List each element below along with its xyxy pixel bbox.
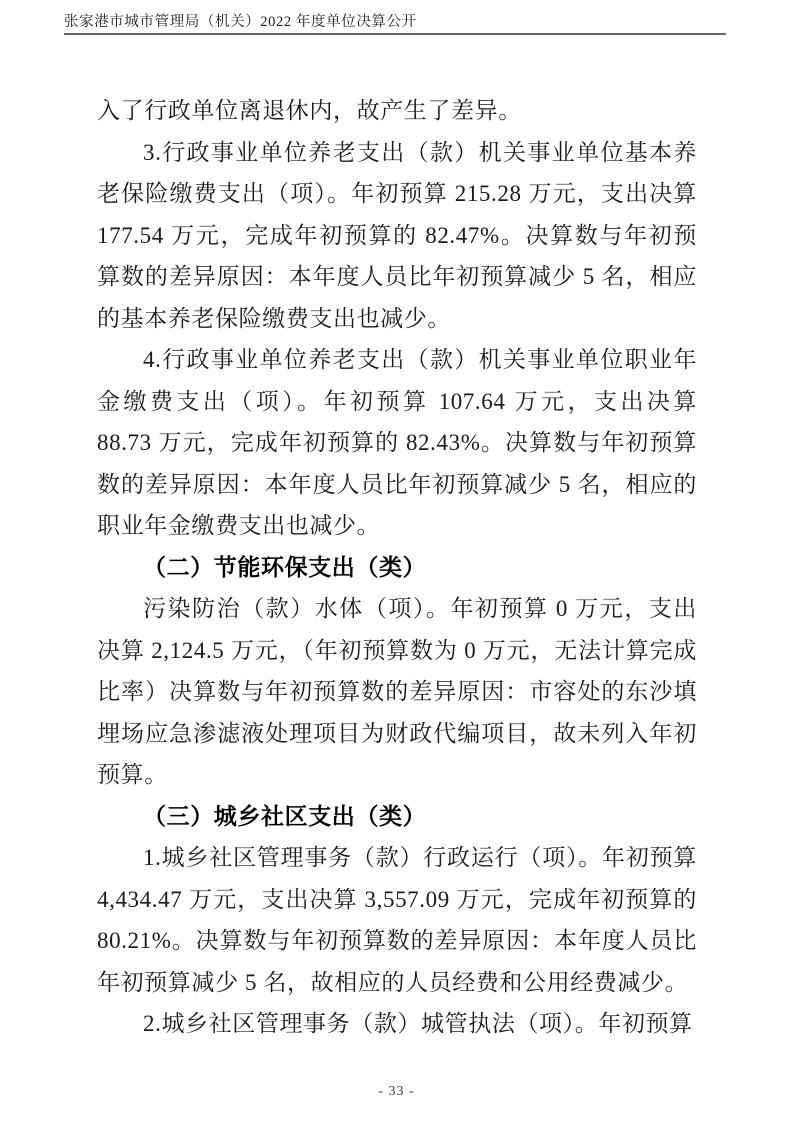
paragraph-urban-enforcement: 2.城乡社区管理事务（款）城管执法（项）。年初预算 [97,1003,697,1045]
paragraph-administrative-operation: 1.城乡社区管理事务（款）行政运行（项）。年初预算 4,434.47 万元，支出… [97,837,697,1003]
paragraph-continuation: 入了行政单位离退休内，故产生了差异。 [97,90,697,132]
header-rule [64,33,726,35]
page-number: - 33 - [378,1084,414,1099]
section-heading-energy-environment: （二）节能环保支出（类） [97,547,697,589]
document-body: 入了行政单位离退休内，故产生了差异。 3.行政事业单位养老支出（款）机关事业单位… [97,90,697,1045]
paragraph-pension-annuity: 4.行政事业单位养老支出（款）机关事业单位职业年金缴费支出（项）。年初预算 10… [97,339,697,547]
section-heading-urban-rural-community: （三）城乡社区支出（类） [97,796,697,838]
page-footer: - 33 - [0,1082,793,1101]
paragraph-pollution-control: 污染防治（款）水体（项）。年初预算 0 万元，支出决算 2,124.5 万元，（… [97,588,697,796]
page-header: 张家港市城市管理局（机关）2022 年度单位决算公开 [64,12,726,32]
header-title: 张家港市城市管理局（机关）2022 年度单位决算公开 [64,12,726,32]
paragraph-pension-basic: 3.行政事业单位养老支出（款）机关事业单位基本养老保险缴费支出（项）。年初预算 … [97,132,697,340]
document-page: 张家港市城市管理局（机关）2022 年度单位决算公开 入了行政单位离退休内，故产… [0,0,793,1122]
